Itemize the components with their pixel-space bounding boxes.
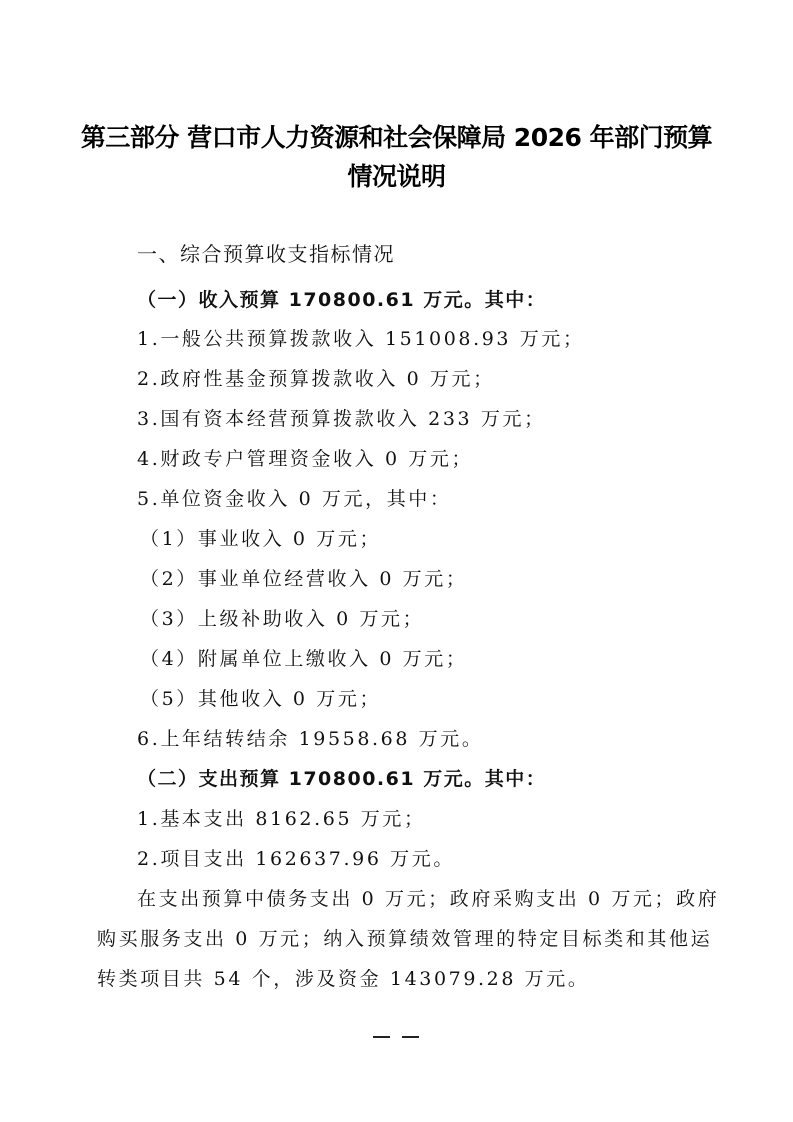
income-subitem-business: （1）事业收入 0 万元； (140, 524, 381, 551)
expenditure-budget-heading: （二）支出预算 170800.61 万元。其中： (137, 764, 546, 791)
income-subitem-affiliated-units: （4）附属单位上缴收入 0 万元； (140, 644, 467, 671)
paragraph-line-2: 购买服务支出 0 万元；纳入预算绩效管理的特定目标类和其他运 (97, 924, 712, 951)
paragraph-line-3: 转类项目共 54 个，涉及资金 143079.28 万元。 (97, 964, 589, 991)
income-item-unit-funds: 5.单位资金收入 0 万元，其中： (137, 484, 452, 511)
income-subitem-operating: （2）事业单位经营收入 0 万元； (140, 564, 467, 591)
page-number (373, 1036, 419, 1038)
page-number-dash-left (373, 1036, 390, 1038)
income-item-carryover: 6.上年结转结余 19558.68 万元。 (137, 724, 483, 751)
income-item-state-capital: 3.国有资本经营预算拨款收入 233 万元； (137, 404, 546, 431)
section-heading-overview: 一、综合预算收支指标情况 (137, 238, 395, 267)
income-item-government-fund: 2.政府性基金预算拨款收入 0 万元； (137, 364, 495, 391)
income-subitem-superior-subsidy: （3）上级补助收入 0 万元； (140, 604, 424, 631)
expenditure-item-basic: 1.基本支出 8162.65 万元； (137, 804, 426, 831)
page-number-dash-right (402, 1036, 419, 1038)
document-title-line-2: 情况说明 (0, 157, 793, 193)
document-title-line-1: 第三部分 营口市人力资源和社会保障局 2026 年部门预算 (0, 118, 793, 154)
expenditure-item-project: 2.项目支出 162637.96 万元。 (137, 844, 455, 871)
income-budget-heading: （一）收入预算 170800.61 万元。其中： (137, 285, 546, 312)
income-item-general-budget: 1.一般公共预算拨款收入 151008.93 万元； (137, 324, 585, 351)
income-subitem-other: （5）其他收入 0 万元； (140, 684, 381, 711)
paragraph-line-1: 在支出预算中债务支出 0 万元；政府采购支出 0 万元；政府 (137, 884, 719, 911)
income-item-special-account: 4.财政专户管理资金收入 0 万元； (137, 444, 473, 471)
